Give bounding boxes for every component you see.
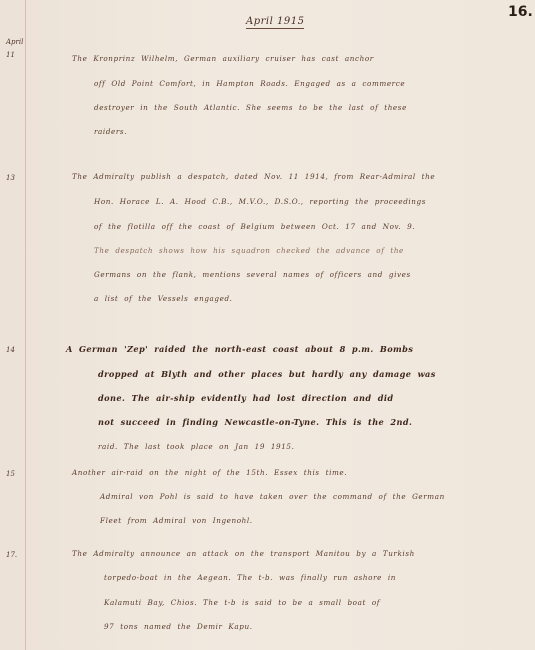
- entry-line: off Old Point Comfort, in Hampton Roads.…: [94, 79, 405, 88]
- entry-line: The Kronprinz Wilhelm, German auxiliary …: [72, 54, 374, 63]
- entry-date-13: 13: [6, 172, 24, 185]
- entry-line: done. The air-ship evidently had lost di…: [98, 393, 394, 403]
- page-number: 16.: [508, 4, 533, 20]
- entry-line: The Admiralty announce an attack on the …: [72, 549, 415, 558]
- entry-line: The Admiralty publish a despatch, dated …: [72, 172, 435, 181]
- date-month: April: [6, 36, 24, 49]
- entry-date-15: 15: [6, 468, 24, 481]
- entry-line: Kalamuti Bay, Chios. The t-b is said to …: [104, 598, 380, 607]
- margin-rule: [25, 0, 26, 650]
- page-heading: April 1915: [246, 16, 304, 29]
- entry-line: raiders.: [94, 127, 127, 136]
- entry-line: not succeed in finding Newcastle-on-Tyne…: [98, 417, 412, 427]
- date-day: 11: [6, 49, 24, 62]
- entry-date-17: 17.: [6, 549, 24, 562]
- journal-page: 16. April 1915 April 11 The Kronprinz Wi…: [0, 0, 535, 650]
- entry-line: Fleet from Admiral von Ingenohl.: [100, 516, 253, 525]
- entry-date-april-11: April 11: [6, 36, 24, 62]
- entry-line: Germans on the flank, mentions several n…: [94, 270, 411, 279]
- entry-line: A German 'Zep' raided the north-east coa…: [66, 344, 413, 354]
- entry-date-14: 14: [6, 344, 24, 357]
- entry-line: dropped at Blyth and other places but ha…: [98, 369, 436, 379]
- entry-line: Admiral von Pohl is said to have taken o…: [100, 492, 445, 501]
- entry-line: of the flotilla off the coast of Belgium…: [94, 222, 415, 231]
- entry-line: destroyer in the South Atlantic. She see…: [94, 103, 407, 112]
- entry-line: 97 tons named the Demir Kapu.: [104, 622, 253, 631]
- entry-line: Hon. Horace L. A. Hood C.B., M.V.O., D.S…: [94, 197, 426, 206]
- entry-line: The despatch shows how his squadron chec…: [94, 246, 404, 255]
- entry-line: torpedo-boat in the Aegean. The t-b. was…: [104, 573, 396, 582]
- entry-line: Another air-raid on the night of the 15t…: [72, 468, 347, 477]
- entry-line: raid. The last took place on Jan 19 1915…: [98, 442, 294, 451]
- entry-line: a list of the Vessels engaged.: [94, 294, 233, 303]
